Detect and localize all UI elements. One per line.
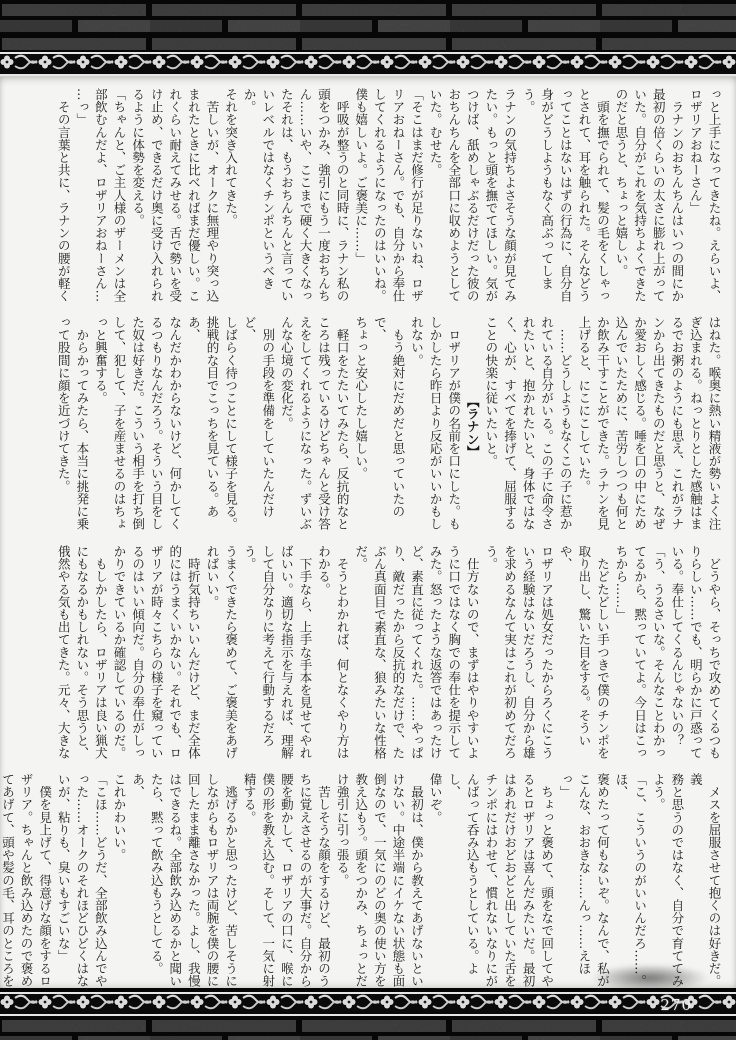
text-column: どうやら、そっちで攻めてくるつも — [704, 545, 723, 765]
text-column: って股間に顔を近づけてきた。 — [54, 316, 73, 536]
text-column: 務と思うのではなく、自分で育ててみ — [667, 773, 686, 993]
text-column: 「こ、こういうのがいいんだろ……。ほ、 — [611, 773, 648, 993]
text-column: ことの快楽に従いたいと。 — [481, 316, 500, 536]
text-column: 教え込もう。頭をつかみ、ちょっとだ — [351, 773, 370, 993]
text-column: それを突き入れてきた。 — [221, 88, 240, 308]
text-column: 最初の倍くらいの太さに膨れ上がって — [649, 88, 668, 308]
text-column: り、敵だったから反抗的なだけで、た — [388, 545, 407, 765]
text-column: った……オークのそれほどひどくはな — [72, 773, 91, 993]
text-column: たそれは、もうおちんちんと言ってい — [277, 88, 296, 308]
text-column: たい。もっと頭を撫でてほしい。気が — [481, 88, 500, 308]
text-column: 仕方ないので、まずはやりやすいよ — [463, 545, 482, 765]
text-column: その言葉と共に、ラナンの腰が軽く — [54, 88, 73, 308]
text-column: だ。 — [351, 545, 370, 765]
text-column: はねた。喉奥に熱い精液が勢いよく注 — [704, 316, 723, 536]
text-column: えをしてくれるようになった。ずいぶ — [295, 316, 314, 536]
text-column: け強引に引っ張る。 — [333, 773, 352, 993]
text-column: うまくできたら褒めて、ご褒美をあげ — [221, 545, 240, 765]
text-column: 腰を動かして、ロザリアの口に、喉に — [277, 773, 296, 993]
text-column: 時折気持ちいいんだけど、まだ全体 — [184, 545, 203, 765]
text-column: んな心境の変化だ。 — [277, 316, 296, 536]
text-column: もう絶対にだめだと思っていたので、 — [370, 316, 407, 536]
text-column: 僕も嬉しいよ。ご褒美に……」 — [351, 88, 370, 308]
text-column: ぶん真面目で素直な、狼みたいな性格 — [370, 545, 389, 765]
text-column: そうとわかれば、何となくやり方は — [333, 545, 352, 765]
text-column: いた。自分がこれを気持ちよくできた — [630, 88, 649, 308]
text-column: …っ」 — [72, 88, 91, 308]
text-column: おちんちんを全部口に収めようとして — [444, 88, 463, 308]
text-column: にもなるかもしれない。そう思うと、 — [72, 545, 91, 765]
text-column: ラナンのおちんちんはいつの間にか — [667, 88, 686, 308]
text-column: 逃げるかと思ったけど、苦しそうに — [221, 773, 240, 993]
text-column: ちに覚えさせるのが大事だ。自分から — [295, 773, 314, 993]
text-column: 苦しいが、オークに無理やり突っ込 — [202, 88, 221, 308]
text-column: れている自分がいる。この子に命令さ — [537, 316, 556, 536]
brick-wall-texture-bottom — [0, 1016, 736, 1040]
text-column: れない。 — [407, 316, 426, 536]
text-column: う。 — [481, 545, 500, 765]
text-column: みた。怒ったような返答ではあったけ — [426, 545, 445, 765]
text-column: いた。むせた。 — [426, 88, 445, 308]
bottom-border: 270 — [0, 988, 736, 1040]
text-column: んばって呑み込もうとしている。よし、 — [444, 773, 481, 993]
text-column: てるから、黙っていてよ。今日はこっ — [630, 545, 649, 765]
text-column: ザリア。ちゃんと飲み込めたので褒め — [16, 773, 35, 993]
text-column: 俄然やる気も出てきた。元々、大きな — [54, 545, 73, 765]
text-column: 挑戦的な目でこっちを見ている。ああ、 — [184, 316, 221, 536]
text-column: 身がどうしようもなく高ぶってしまう。 — [518, 88, 555, 308]
text-column: ればいい。 — [202, 545, 221, 765]
floral-ornament-band-bottom — [0, 992, 736, 1016]
text-column: これかわいい。 — [109, 773, 128, 993]
text-column: 頭を撫でられて、髪の毛をくしゃっ — [593, 88, 612, 308]
text-band-3: どうやら、そっちで攻めてくるつもりらしい……でも、明らかに戸惑っている。奉仕して… — [80, 545, 723, 765]
text-column: っと上手になってきたね。えらいよ、 — [704, 88, 723, 308]
text-column: しながらもロザリアは両腕を僕の腰に — [202, 773, 221, 993]
text-band-2: はねた。喉奥に熱い精液が勢いよく注ぎ込まれる。ねっとりとした感触はまるでお粥のよ… — [80, 316, 723, 536]
text-column: ど、素直に従ってくれた。……やっぱ — [407, 545, 426, 765]
text-column: ってことはないはずの行為に、自分自 — [556, 88, 575, 308]
text-column: ん……いや、ここまで硬く大きくなっ — [295, 88, 314, 308]
text-column: 偉いぞ。 — [426, 773, 445, 993]
text-column: 僕の形を教え込む。そして、一気に射 — [258, 773, 277, 993]
text-column: け止め、できるだけ奥に受け入れられ — [147, 88, 166, 308]
text-column: してくれるようになったのはいいね。 — [370, 88, 389, 308]
text-column: ばいい。適切な指示を与えれば、理解 — [277, 545, 296, 765]
text-column: た奴は好きだ。こういう相手を打ち倒 — [128, 316, 147, 536]
text-column: ぎ込まれる。ねっとりとした感触はま — [686, 316, 705, 536]
text-column: ちょっと褒めて、頭をなで回してや — [537, 773, 556, 993]
text-column: いる。奉仕してくるんじゃないの？ — [667, 545, 686, 765]
text-column: ロザリアおねーさん」 — [686, 88, 705, 308]
text-column: っと興奮する。 — [91, 316, 110, 536]
text-column: 精する。 — [240, 773, 259, 993]
text-column: 込んでいたために、苦労しつつも何と — [611, 316, 630, 536]
text-column: 軽口をたたいてみたら、反抗的なと — [333, 316, 352, 536]
text-column: ザリアが時々こちらの様子を窺ってい — [147, 545, 166, 765]
text-column: のだと思うと、ちょっと嬉しい。 — [611, 88, 630, 308]
text-column: 褒めたって何もないぞ。なんで、私が — [593, 773, 612, 993]
brick-wall-texture-top — [0, 0, 736, 52]
text-column: ラナンの気持ちよさそうな顔が見てみ — [500, 88, 519, 308]
text-column: こんな、おおきな……んっ……えほっ」 — [556, 773, 593, 993]
text-column: 回したまま離さなかった。よし、我慢 — [184, 773, 203, 993]
text-column: 「そこはまだ修行が足りないね、ロザ — [407, 88, 426, 308]
text-column: ちょっと安心したし嬉しい。 — [351, 316, 370, 536]
text-column: りらしい……でも、明らかに戸惑って — [686, 545, 705, 765]
text-column: 的にはうまくいかない。それでも、ロ — [165, 545, 184, 765]
text-column: けない。中途半端にイケない状態も面 — [388, 773, 407, 993]
text-column: ……どうしようもなくこの子に惹か — [556, 316, 575, 536]
text-column: しかしたら昨日より反応がいいかもし — [426, 316, 445, 536]
text-column: ちから……」 — [611, 545, 630, 765]
text-column: よう。 — [649, 773, 668, 993]
text-column: 呼吸が整うのと同時に、ラナン私の — [333, 88, 352, 308]
text-column: るでお粥のようにも思え、これがラナ — [667, 316, 686, 536]
text-column: ンから出てきたものだと思うと、なぜ — [649, 316, 668, 536]
text-column: たら、黙って飲み込もうとしてる。あ、 — [128, 773, 165, 993]
text-column: うに口ではなく胸での奉仕を提示して — [444, 545, 463, 765]
text-column: るつもりなんだろう。そういう目をし — [147, 316, 166, 536]
text-column: 苦しそうな顔をするけど、最初のう — [314, 773, 333, 993]
text-column: るとロザリアは喜んだみたいだ。最初 — [518, 773, 537, 993]
text-column: チンポにはわせて、慣れないなりにが — [481, 773, 500, 993]
text-column: 頭をつかみ、強引にもう一度おちんち — [314, 88, 333, 308]
text-column: ロザリアが僕の名前を口にした。も — [444, 316, 463, 536]
text-column: たどたどしい手つきで僕のチンポを — [593, 545, 612, 765]
text-column: いう経験はないだろうし、自分から雄 — [518, 545, 537, 765]
text-column: 部飲むんだよ、ロザリアおねーさん… — [91, 88, 110, 308]
text-column: ころは残っているけどちゃんと受け答 — [314, 316, 333, 536]
text-column: つけば、舐めしゃぶるだけだった彼の — [463, 88, 482, 308]
text-column: れくらい耐えてみせる。舌で勢いを受 — [165, 88, 184, 308]
floral-ornament-band-top — [0, 52, 736, 76]
text-column: メスを屈服させて抱くのは好きだ。義 — [686, 773, 723, 993]
text-column: ロザリアは処女だったからろくにこう — [537, 545, 556, 765]
text-column: 上げると、にこにこしていた。 — [574, 316, 593, 536]
text-column: して自分なりに考えて行動するだろう。 — [240, 545, 277, 765]
text-column: を求めるなんて実はこれが初めてだろ — [500, 545, 519, 765]
section-header: 【ラナン】 — [463, 316, 482, 536]
text-column: からかってみたら、本当に挑発に乗 — [72, 316, 91, 536]
text-column: 倒なので、一気にのどの奥の使い方を — [370, 773, 389, 993]
text-column: 「こほ……どうだ、全部飲み込んでや — [91, 773, 110, 993]
text-column: いが、粘りも、臭いもすごいな」 — [54, 773, 73, 993]
text-column: もしかしたら、ロザリアは良い猟犬 — [91, 545, 110, 765]
text-column: まれたときに比べればまだ優しい。こ — [184, 88, 203, 308]
top-border — [0, 0, 736, 76]
text-band-4: メスを屈服させて抱くのは好きだ。義務と思うのではなく、自分で育ててみよう。「こ、… — [80, 773, 723, 993]
text-column: かりできているか確認しているのだ。 — [109, 545, 128, 765]
text-column: なんだかわからないけど、何かしてく — [165, 316, 184, 536]
text-column: はあれだけおどおどと出していた舌を — [500, 773, 519, 993]
text-column: 取り出し、驚いた目をする。そういや、 — [556, 545, 593, 765]
text-column: れたいと、抱かれたいと、身体ではな — [518, 316, 537, 536]
text-column: 別の手段を準備をしていたんだけど、 — [240, 316, 277, 536]
text-column: てあげて、頭や髪の毛、耳のところを — [0, 773, 16, 993]
page-content: っと上手になってきたね。えらいよ、ロザリアおねーさん」 ラナンのおちんちんはいつ… — [0, 76, 736, 988]
text-column: く、心が、すべてを捧げて、屈服する — [500, 316, 519, 536]
text-band-1: っと上手になってきたね。えらいよ、ロザリアおねーさん」 ラナンのおちんちんはいつ… — [80, 88, 723, 308]
text-column: か飲み干すことができた。ラナンを見 — [593, 316, 612, 536]
text-column: 僕を見上げて、得意げな顔をするロ — [35, 773, 54, 993]
text-column: して、犯して、子を産ませるのはちょ — [109, 316, 128, 536]
text-column: るのはいい傾向だ。自分の奉仕がしっ — [128, 545, 147, 765]
text-column: リアおねーさん。でも、自分から奉仕 — [388, 88, 407, 308]
text-column: 「う、うるさいな。そんなことわかっ — [649, 545, 668, 765]
text-column: 最初は、僕から教えてあげないとい — [407, 773, 426, 993]
text-column: しばらく待つことにして様子を見る。 — [221, 316, 240, 536]
text-column: いレベルではなくチンポというべきか。 — [240, 88, 277, 308]
text-column: か愛おしく感じる。唾を口の中にため — [630, 316, 649, 536]
text-column: わかる。 — [314, 545, 333, 765]
text-column: とされて、耳を触られた。そんなどう — [574, 88, 593, 308]
text-column: 「ちゃんと、ご主人様のザーメンは全 — [109, 88, 128, 308]
text-column: るように体勢を変える。 — [128, 88, 147, 308]
text-column: 下手なら、上手な手本を見せてやれ — [295, 545, 314, 765]
text-column: はできるね。全部飲み込めるかと聞い — [165, 773, 184, 993]
book-page: っと上手になってきたね。えらいよ、ロザリアおねーさん」 ラナンのおちんちんはいつ… — [0, 0, 736, 1040]
page-number: 270 — [660, 995, 692, 1015]
